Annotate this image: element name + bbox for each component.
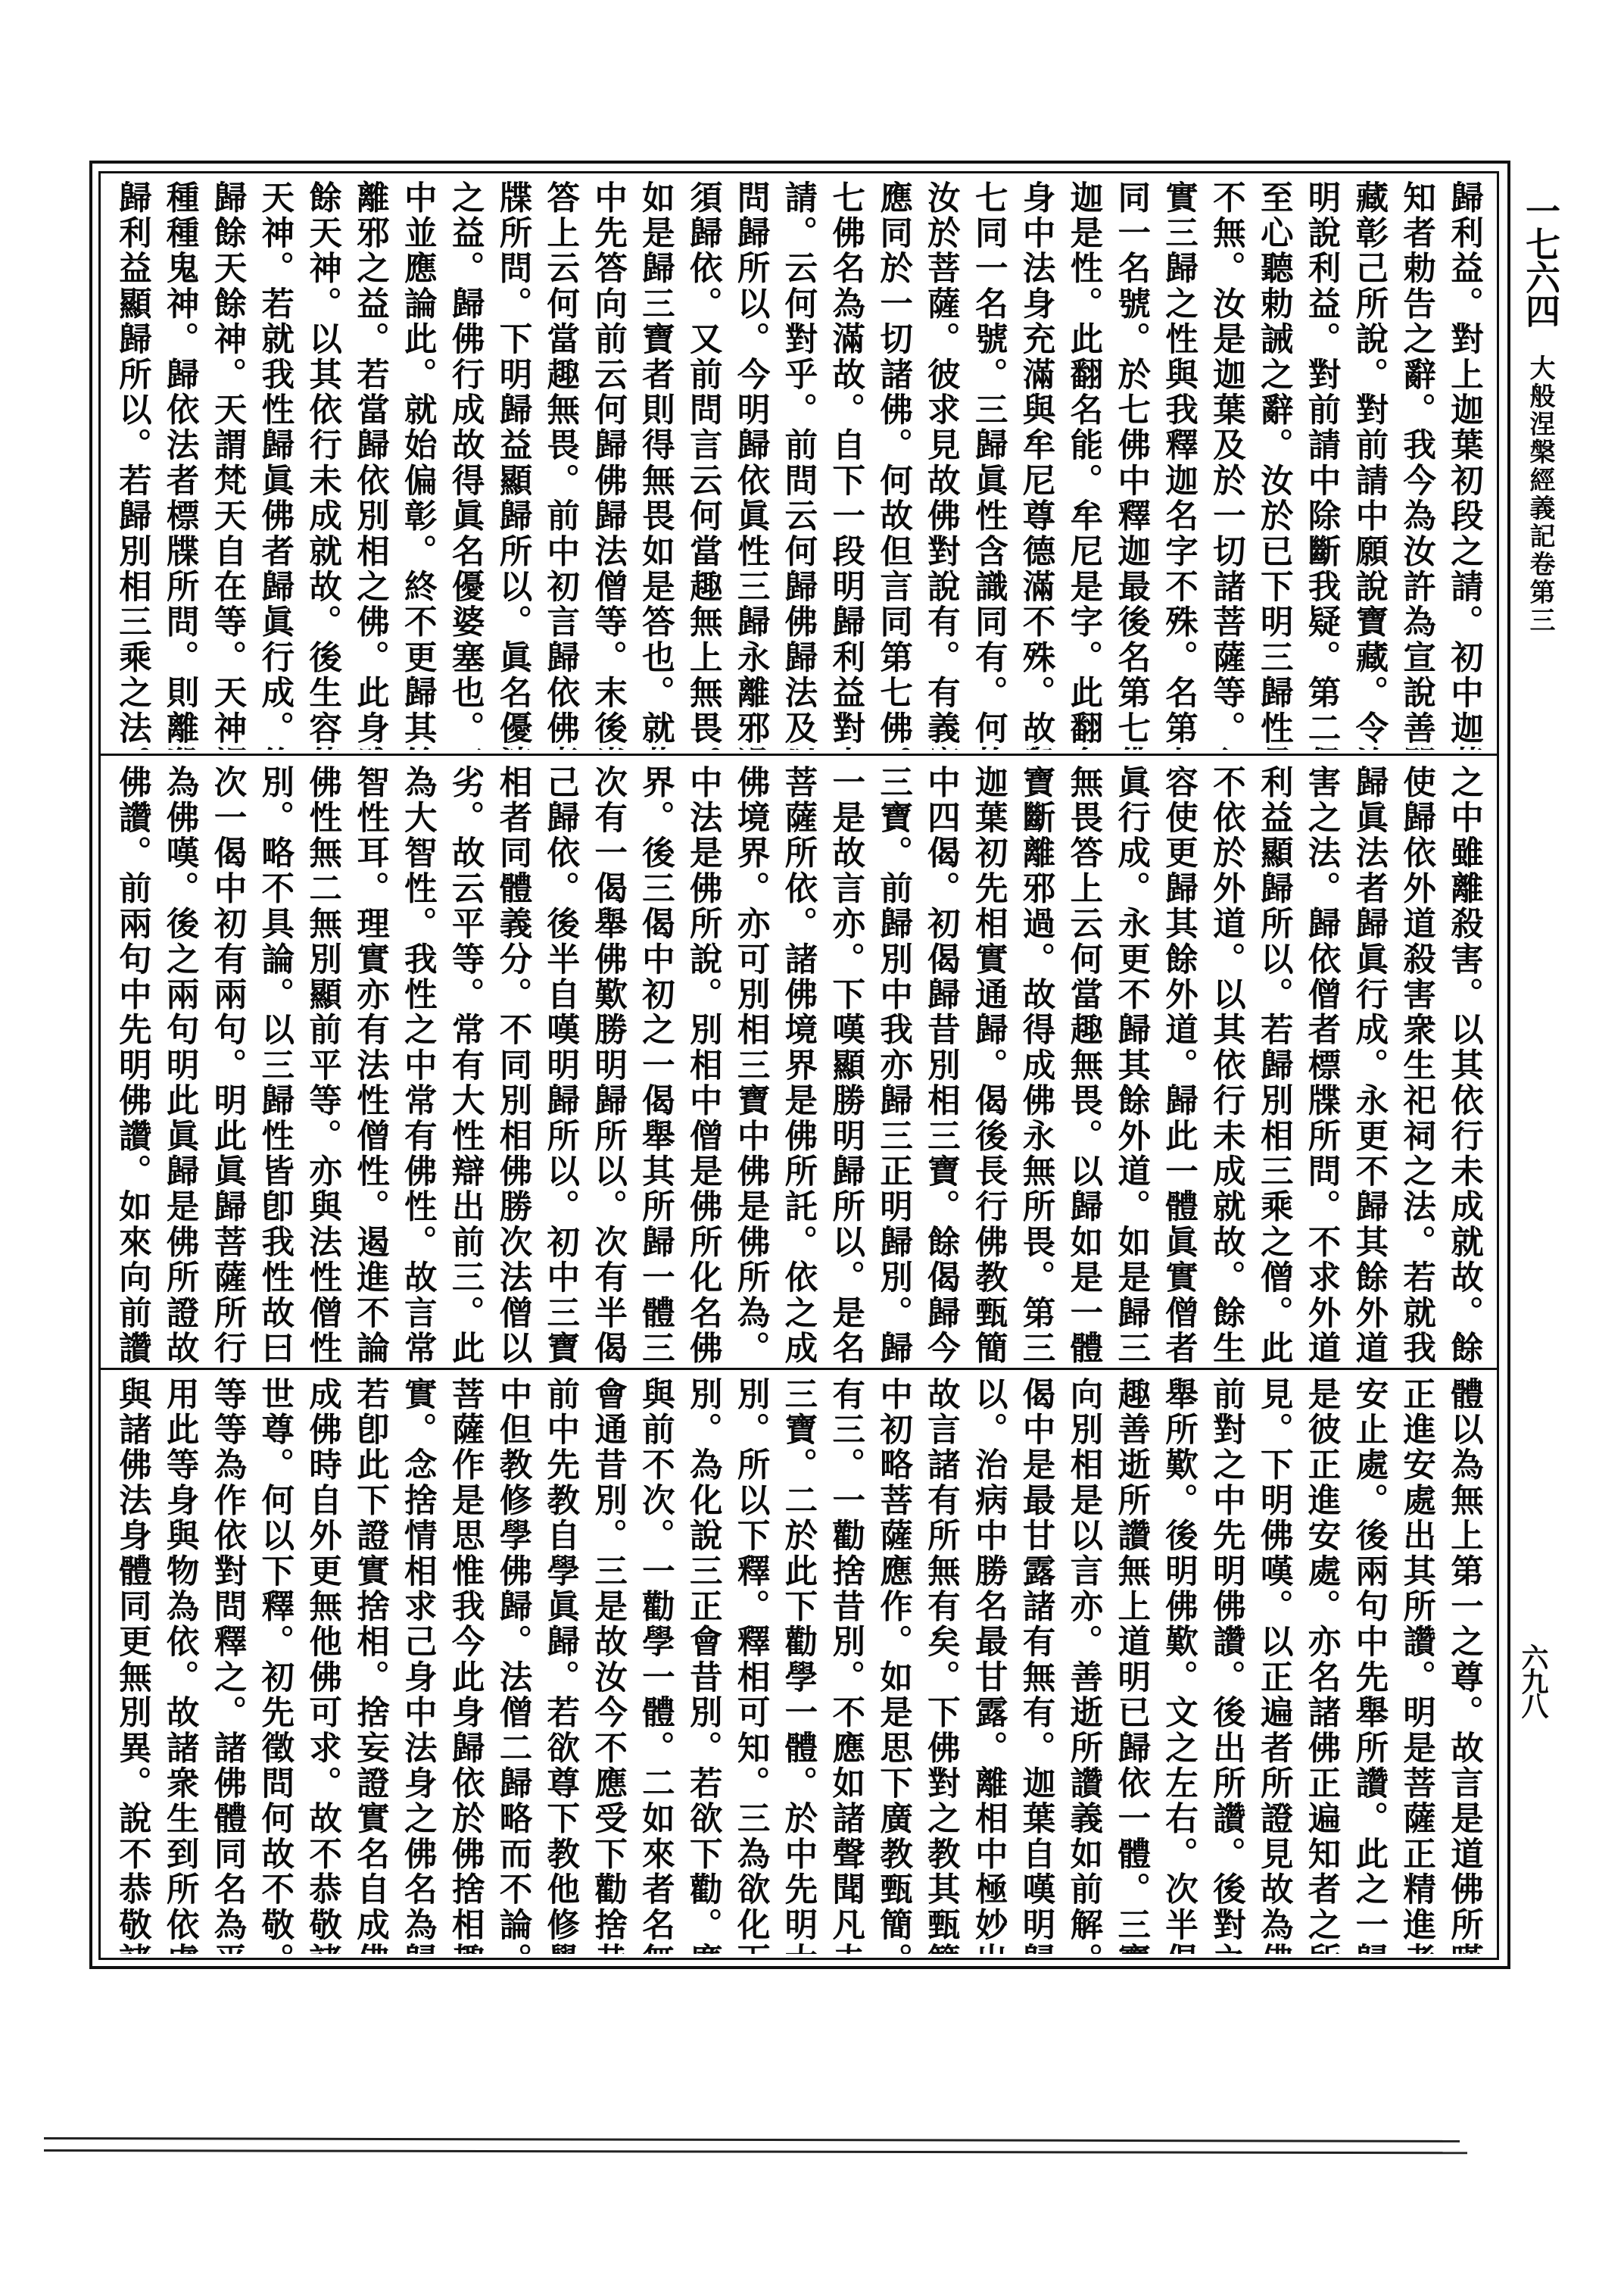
text-column: 問歸所以。今明歸依眞性三歸永離邪過故 (728, 180, 775, 750)
text-column: 菩薩作是思惟我今此身歸依於佛捨相趣 (442, 1377, 490, 1954)
text-column: 三寶。二於此下勸學一體。於中先明大無三 (775, 1377, 823, 1954)
text-column: 眞行成。永更不歸其餘外道。如是歸三則得 (1108, 765, 1155, 1363)
text-column: 害之法。歸依僧者標牒所問。不求外道明歸 (1298, 765, 1346, 1363)
text-column: 種種鬼神。歸依法者標牒所問。則離殺害明 (157, 180, 204, 750)
text-column: 同一名號。於七佛中釋迦最後名第七佛。釋 (1108, 180, 1155, 750)
text-column: 天神。若就我性歸眞佛者歸眞行成。終更不 (251, 180, 299, 750)
text-column: 前對之中先明佛讚。後出所讚。後對之中先 (1203, 1377, 1251, 1954)
text-column: 見。下明佛嘆。以正遍者所證見故為佛稱讚。 (1251, 1377, 1298, 1954)
text-column: 前中先教自學眞歸。若欲尊下教他修學。自 (537, 1377, 584, 1954)
text-column: 次一偈中初有兩句。明此眞歸菩薩所行故 (204, 765, 252, 1363)
text-column: 成佛時自外更無他佛可求。故不恭敬諸餘 (299, 1377, 347, 1954)
text-column: 寶斷離邪過。故得成佛永無所畏。第三番中 (1013, 765, 1061, 1363)
text-column: 向別相是以言亦。善逝所讚義如前解。後半 (1061, 1377, 1108, 1954)
text-column: 以。治病中勝名最甘露。離相中極妙出三有 (965, 1377, 1013, 1954)
text-column: 使歸依外道殺害衆生祀祠之法。若就我性 (1393, 765, 1441, 1363)
text-column: 次有一偈舉佛歎勝明歸所以。次有半偈彰 (584, 765, 632, 1363)
text-column: 智性耳。理實亦有法性僧性。遏進不論。我性 (347, 765, 394, 1363)
text-column: 別。所以下釋。釋相可知。三為欲化下會通昔 (728, 1377, 775, 1954)
text-column: 舉所歎。後明佛歎。文之左右。次半偈中我亦 (1155, 1377, 1203, 1954)
text-column: 會通昔別。三是故汝今不應受下勸捨昔別。 (584, 1377, 632, 1954)
text-column: 汝於菩薩。彼求見故佛對說有。有義實通有 (918, 180, 965, 750)
text-column: 至心聽勅誡之辭。汝於已下明三歸性是有 (1251, 180, 1298, 750)
text-column: 迦是性。此翻名能。牟尼是字。此翻名滿。衆生 (1061, 180, 1108, 750)
text-column: 為佛嘆。後之兩句明此眞歸是佛所證故為 (157, 765, 204, 1363)
text-column: 明說利益。對前請中除斷我疑。第二偈中當 (1298, 180, 1346, 750)
running-title: 大般涅槃經義記卷第三 (1522, 354, 1559, 635)
text-column: 不無。汝是迦葉及於一切諸菩薩等。內有眞 (1203, 180, 1251, 750)
register-divider-1 (101, 754, 1497, 756)
text-column: 有三。一勸捨昔別。不應如諸聲聞凡夫分別 (822, 1377, 870, 1954)
text-column: 中先答向前云何歸佛歸法僧等。末後半偈 (584, 180, 632, 750)
text-column: 佛境界。亦可別相三寶中佛是佛所為。別相 (728, 765, 775, 1363)
text-column: 應同於一切諸佛。何故但言同第七佛。以第 (870, 180, 918, 750)
side-page-marker: 六九八 (1514, 1643, 1553, 1716)
text-column: 七佛名為滿故。自下一段明歸利益對上初 (822, 180, 870, 750)
bottom-register: 體以為無上第一之尊。故言是道佛所嘆矣。正進安處出其所讚。明是菩薩正精進者所安止處… (103, 1377, 1495, 1954)
text-column: 容使更歸其餘外道。歸此一體眞實僧者歸 (1155, 765, 1203, 1363)
text-column: 偈中是最甘露諸有無有。迦葉自嘆明歸所 (1013, 1377, 1061, 1954)
text-column: 別。略不具論。以三歸性皆卽我性故曰平等。 (251, 765, 299, 1363)
text-column: 如是歸三寶者則得無畏如是答也。就此文 (632, 180, 680, 750)
text-column: 之益。歸佛行成故得眞名優婆塞也。三歸之 (442, 180, 490, 750)
footer-rule-2 (44, 2149, 1467, 2154)
text-column: 知者勅告之辭。我今為汝許為宣說善開蜜 (1393, 180, 1441, 750)
text-column: 身中法身充滿與牟尼尊德滿不殊。故與第 (1013, 180, 1061, 750)
text-column: 歸利益顯歸所以。若歸別相三乘之法。此身 (109, 180, 157, 750)
text-column: 七同一名號。三歸眞性含識同有。何故偏云 (965, 180, 1013, 750)
text-column: 中法是佛所說。別相中僧是佛所化名佛境 (680, 765, 728, 1363)
text-column: 離邪之益。若當歸依別相之佛。此身雖不歸 (347, 180, 394, 750)
text-column: 歸利益。對上迦葉初段之請。初中迦葉汝當 (1441, 180, 1488, 750)
text-column: 中初略菩薩應作。如是思下廣教甄簡。略中 (870, 1377, 918, 1954)
text-column: 利益顯歸所以。若歸別相三乘之僧。此身雖 (1251, 765, 1298, 1363)
text-column: 不依於外道。以其依行未成就故。餘生之中 (1203, 765, 1251, 1363)
text-column: 佛性無二無別顯前平等。亦與法性僧性無 (299, 765, 347, 1363)
page-number: 一七六四 (1516, 193, 1566, 326)
text-column: 餘天神。以其依行未成就故。後生容使歸餘 (299, 180, 347, 750)
text-column: 三寶。前歸別中我亦歸三正明歸別。歸別同 (870, 765, 918, 1363)
text-column: 界。後三偈中初之一偈舉其所歸一體三寶。 (632, 765, 680, 1363)
text-column: 用此等身與物為依。故諸衆生到所依處。卽 (157, 1377, 204, 1954)
text-column: 藏彰己所說。對前請中願說寶藏。令汝斷疑 (1346, 180, 1394, 750)
top-register: 歸利益。對上迦葉初段之請。初中迦葉汝當知者勅告之辭。我今為汝許為宣說善開蜜藏彰己… (103, 180, 1495, 750)
text-column: 中並應論此。就始偏彰。終不更歸其餘天神 (394, 180, 442, 750)
register-divider-2 (101, 1368, 1497, 1370)
text-column: 歸眞法者歸眞行成。永更不歸其餘外道殺 (1346, 765, 1394, 1363)
text-column: 世尊。何以下釋。初先徵問何故不敬。諸佛平 (251, 1377, 299, 1954)
text-column: 正進安處出其所讚。明是菩薩正精進者所 (1393, 1377, 1441, 1954)
text-column: 是彼正進安處。亦名諸佛正遍知者之所證 (1298, 1377, 1346, 1954)
text-column: 之中雖離殺害。以其依行未成就故。餘身容 (1441, 765, 1488, 1363)
text-column: 實。念捨情相求己身中法身之佛名為歸佛。 (394, 1377, 442, 1954)
text-column: 中四偈。初偈歸昔別相三寶。餘偈歸今一體 (918, 765, 965, 1363)
text-column: 中但教修學佛歸。法僧二歸略而不論。初言 (490, 1377, 538, 1954)
text-column: 牒所問。下明歸益顯歸所以。眞名優婆順正 (490, 180, 538, 750)
text-column: 別。為化說三正會昔別。若欲下勸。廣中亦三。 (680, 1377, 728, 1954)
text-column: 等等為作依對問釋之。諸佛體同名為平等。 (204, 1377, 252, 1954)
footer-rule-1 (44, 2137, 1460, 2142)
text-column: 一是故言亦。下嘆顯勝明歸所以。是名正路 (822, 765, 870, 1363)
text-column: 菩薩所依。諸佛境界是佛所託。依之成佛名 (775, 765, 823, 1363)
text-column: 趣善逝所讚無上道明已歸依一體。三寶同 (1108, 1377, 1155, 1954)
text-column: 須歸依。又前問言云何當趣無上無畏。今明 (680, 180, 728, 750)
text-column: 體以為無上第一之尊。故言是道佛所嘆矣。 (1441, 1377, 1488, 1954)
text-column: 與諸佛法身體同更無別異。說不恭敬諸餘 (109, 1377, 157, 1954)
text-column: 佛讚。前兩句中先明佛讚。如來向前讚嘆一 (109, 765, 157, 1363)
text-column: 劣。故云平等。常有大性辯出前三。此名佛性 (442, 765, 490, 1363)
text-column: 請。云何對乎。前問云何歸佛歸法及以歸僧 (775, 180, 823, 750)
text-column: 歸餘天餘神。天謂梵天自在等。天神謂世間 (204, 180, 252, 750)
text-column: 答上云何當趣無畏。前中初言歸依佛者標 (537, 180, 584, 750)
text-column: 迦葉初先相實通歸。偈後長行佛教甄簡。前 (965, 765, 1013, 1363)
text-column: 為大智性。我性之中常有佛性。故言常有大 (394, 765, 442, 1363)
text-column: 實三歸之性與我釋迦名字不殊。名第七佛 (1155, 180, 1203, 750)
text-column: 己歸依。後半自嘆明歸所以。初中三寶平等 (537, 765, 584, 1363)
text-column: 故言諸有所無有矣。下佛對之教其甄簡。於 (918, 1377, 965, 1954)
middle-register: 之中雖離殺害。以其依行未成就故。餘身容使歸依外道殺害衆生祀祠之法。若就我性歸眞法… (103, 765, 1495, 1363)
text-column: 相者同體義分。不同別相佛勝次法僧以為 (490, 765, 538, 1363)
text-column: 與前不次。一勸學一體。二如來者名無上下 (632, 1377, 680, 1954)
text-column: 無畏答上云何當趣無畏。以歸如是一體三 (1061, 765, 1108, 1363)
text-column: 安止處。後兩句中先舉所讚。此之一歸非直 (1346, 1377, 1394, 1954)
text-column: 若卽此下證實捨相。捨妄證實名自成佛。自 (347, 1377, 394, 1954)
